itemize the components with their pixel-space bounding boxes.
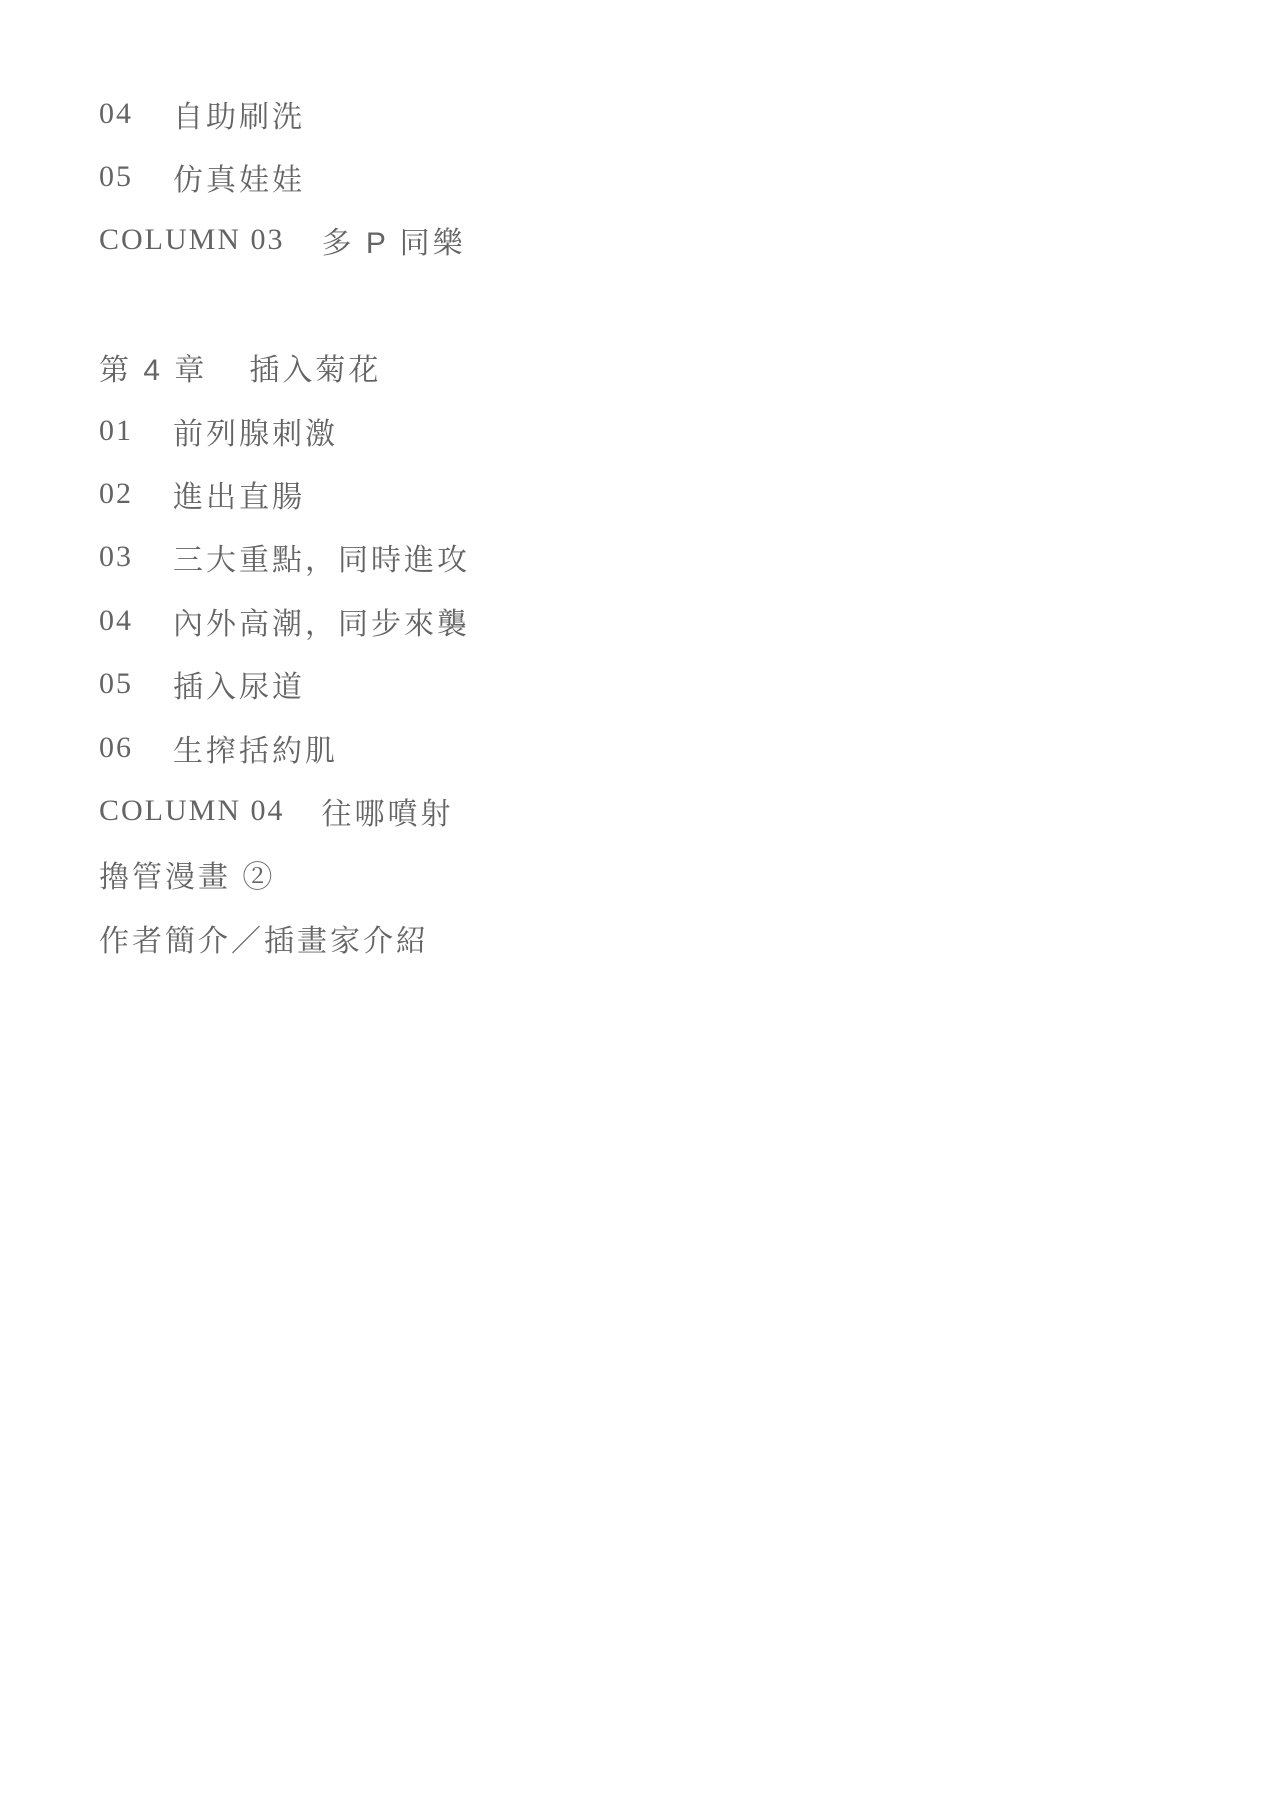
toc-entry-column: COLUMN 04 往哪噴射 bbox=[99, 779, 470, 842]
entry-number: 03 bbox=[99, 540, 173, 574]
chapter-label: 第 4 章 bbox=[99, 345, 207, 389]
entry-title: 擼管漫畫 ② bbox=[99, 852, 275, 896]
toc-chapter-heading: 第 4 章 插入菊花 bbox=[99, 336, 470, 399]
toc-entry: 擼管漫畫 ② bbox=[99, 843, 470, 906]
column-label: COLUMN 03 bbox=[99, 223, 285, 257]
entry-title: 作者簡介／插畫家介紹 bbox=[99, 916, 429, 960]
entry-number: 01 bbox=[99, 414, 173, 448]
toc-entry: 02 進出直腸 bbox=[99, 462, 470, 525]
entry-title: 插入尿道 bbox=[173, 662, 305, 706]
chapter-title: 插入菊花 bbox=[249, 345, 381, 389]
entry-title: 內外高潮，同步來襲 bbox=[173, 599, 470, 643]
entry-title: 自助刷洗 bbox=[173, 92, 305, 136]
toc-spacer bbox=[99, 272, 470, 335]
toc-entry: 06 生搾括約肌 bbox=[99, 716, 470, 779]
toc-entry: 05 插入尿道 bbox=[99, 653, 470, 716]
toc-entry: 05 仿真娃娃 bbox=[99, 145, 470, 208]
entry-number: 05 bbox=[99, 667, 173, 701]
entry-title: 三大重點，同時進攻 bbox=[173, 535, 470, 579]
toc-entry: 04 自助刷洗 bbox=[99, 82, 470, 145]
toc-entry: 作者簡介／插畫家介紹 bbox=[99, 906, 470, 969]
entry-number: 02 bbox=[99, 477, 173, 511]
entry-title: 多 P 同樂 bbox=[322, 218, 466, 262]
entry-title: 仿真娃娃 bbox=[173, 155, 305, 199]
toc-entry-column: COLUMN 03 多 P 同樂 bbox=[99, 209, 470, 272]
entry-number: 04 bbox=[99, 604, 173, 638]
entry-number: 06 bbox=[99, 731, 173, 765]
entry-number: 05 bbox=[99, 160, 173, 194]
entry-number: 04 bbox=[99, 97, 173, 131]
table-of-contents: 04 自助刷洗 05 仿真娃娃 COLUMN 03 多 P 同樂 第 4 章 插… bbox=[99, 82, 470, 969]
toc-page: 04 自助刷洗 05 仿真娃娃 COLUMN 03 多 P 同樂 第 4 章 插… bbox=[0, 0, 1280, 1813]
column-label: COLUMN 04 bbox=[99, 794, 285, 828]
entry-title: 生搾括約肌 bbox=[173, 726, 338, 770]
toc-entry: 01 前列腺刺激 bbox=[99, 399, 470, 462]
entry-title: 前列腺刺激 bbox=[173, 409, 338, 453]
toc-entry: 03 三大重點，同時進攻 bbox=[99, 526, 470, 589]
toc-entry: 04 內外高潮，同步來襲 bbox=[99, 589, 470, 652]
entry-title: 往哪噴射 bbox=[322, 789, 454, 833]
entry-title: 進出直腸 bbox=[173, 472, 305, 516]
